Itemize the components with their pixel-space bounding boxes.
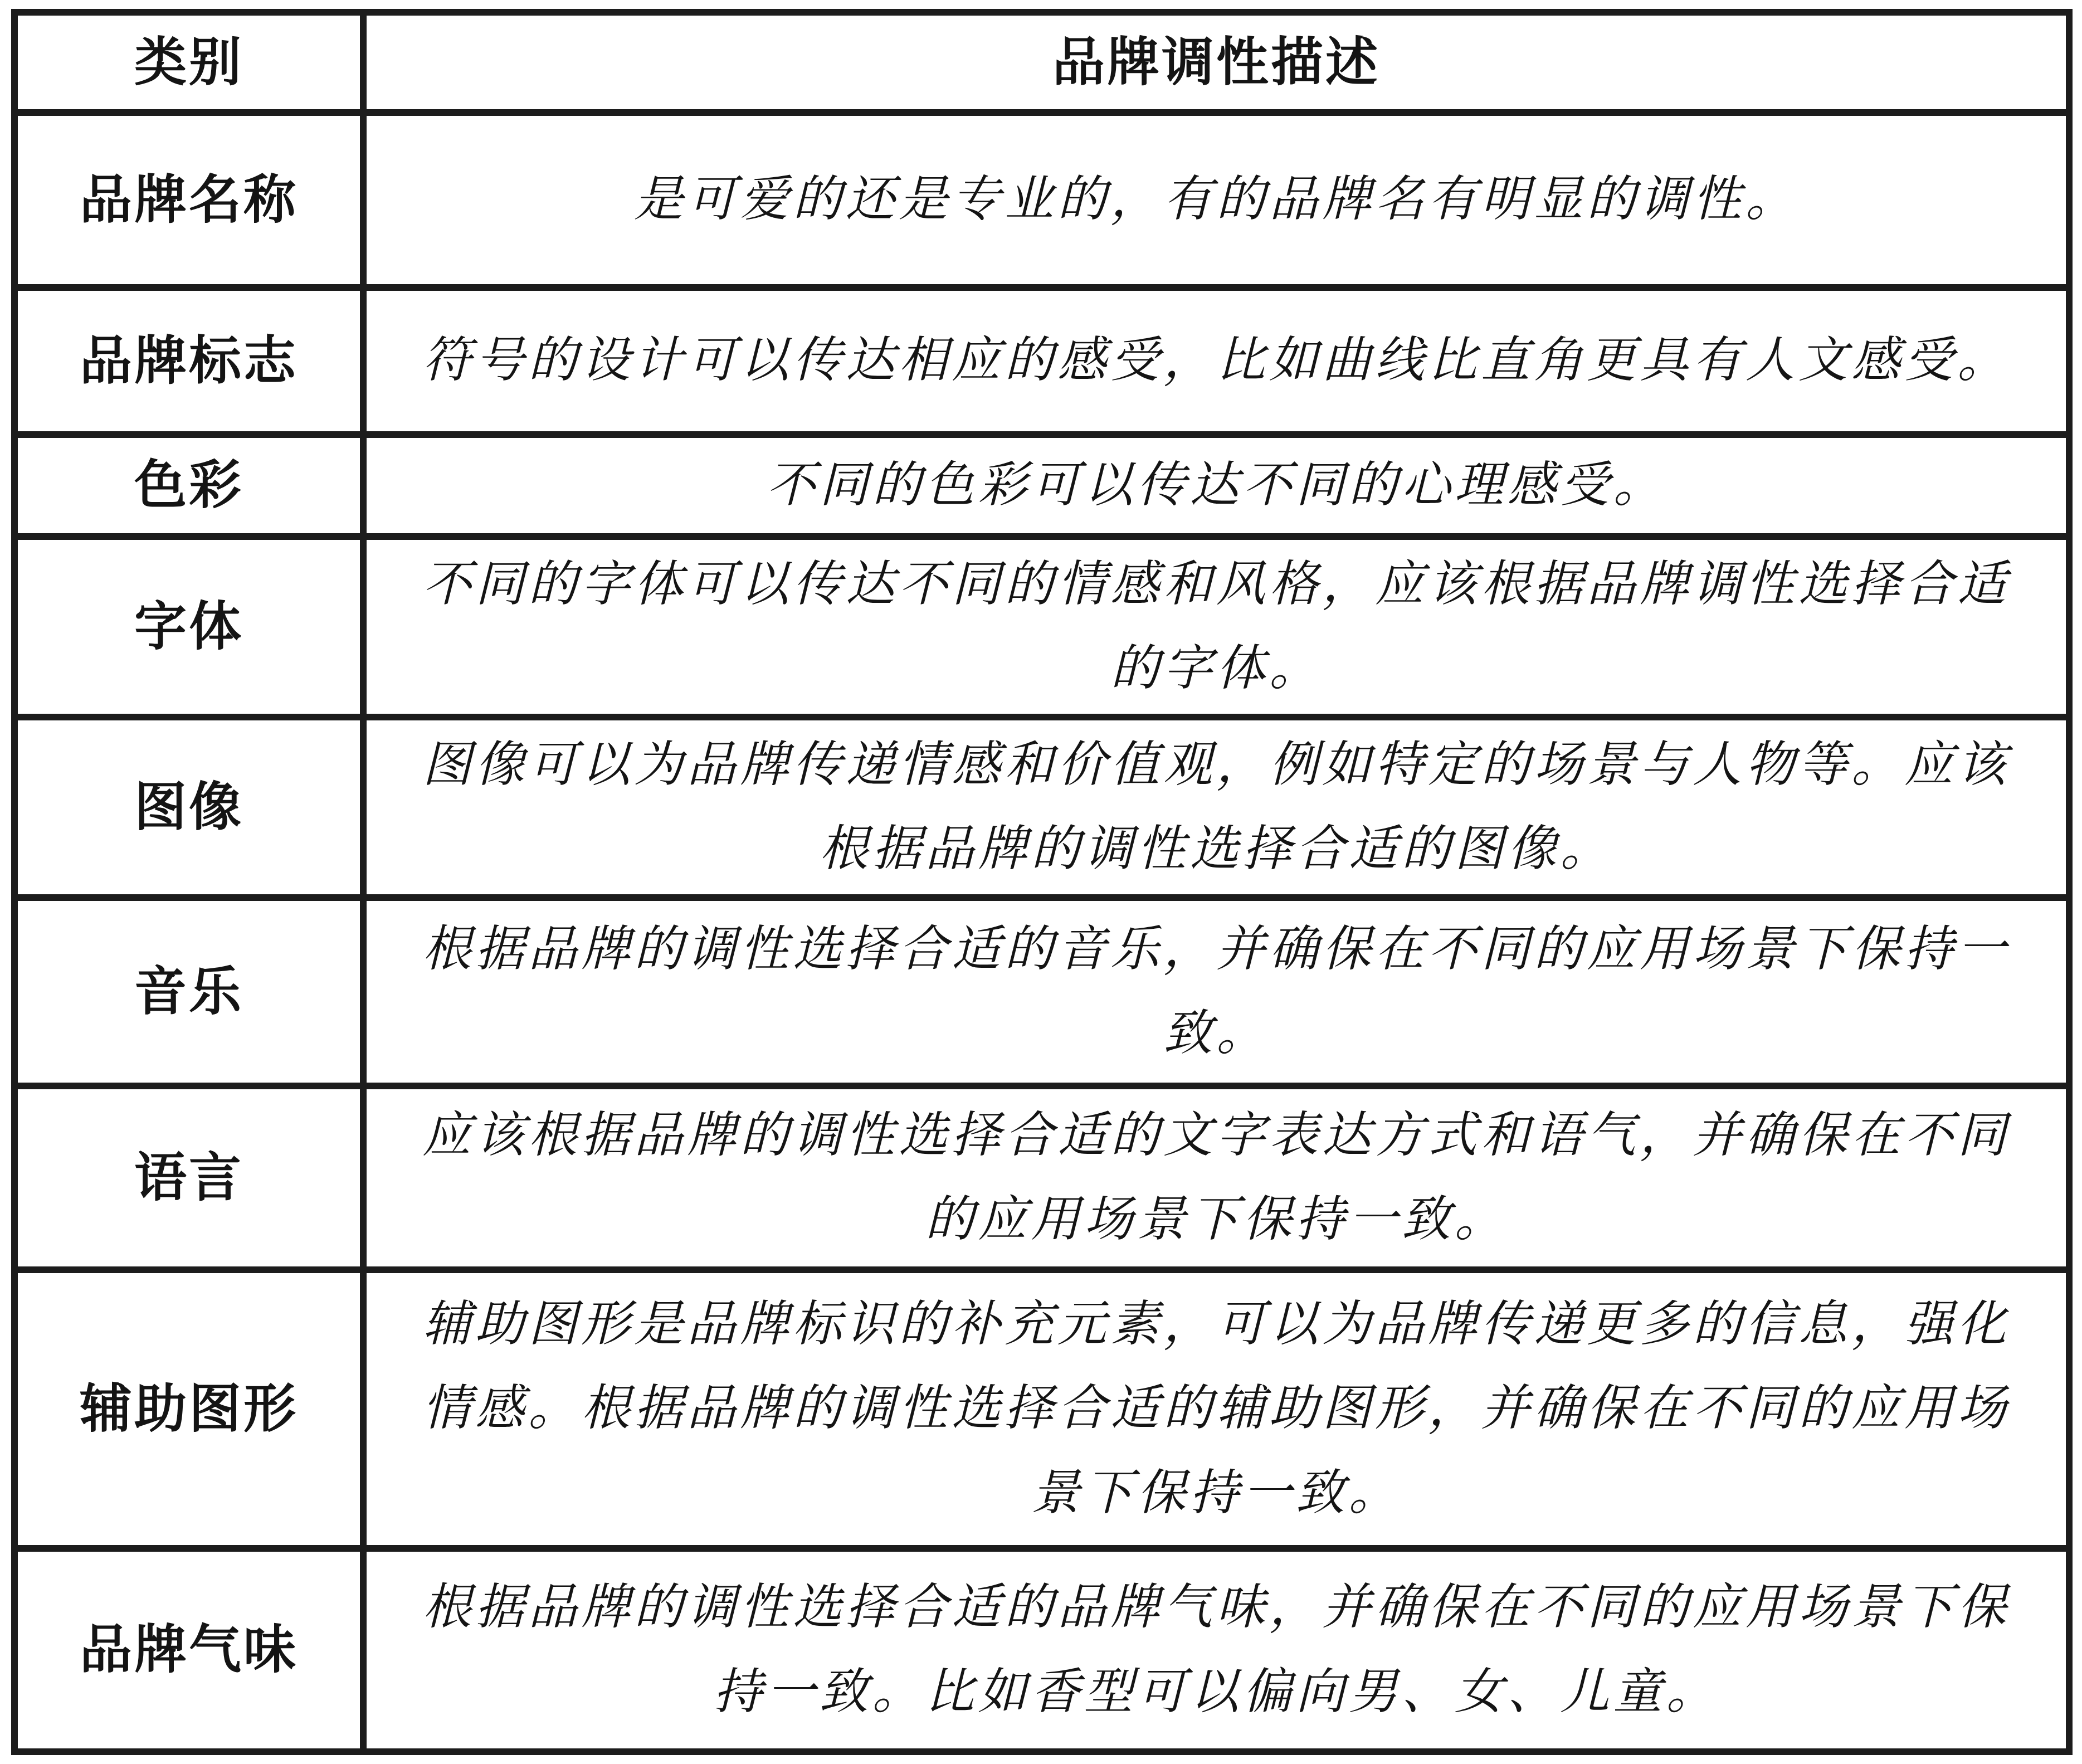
description-cell: 辅助图形是品牌标识的补充元素，可以为品牌传递更多的信息，强化情感。根据品牌的调性… [363, 1270, 2069, 1549]
table-row: 图像 图像可以为品牌传递情感和价值观，例如特定的场景与人物等。应该根据品牌的调性… [14, 717, 2069, 898]
category-cell: 字体 [14, 537, 363, 717]
description-cell: 根据品牌的调性选择合适的音乐，并确保在不同的应用场景下保持一致。 [363, 898, 2069, 1086]
category-column-header: 类别 [14, 12, 363, 113]
table-row: 音乐 根据品牌的调性选择合适的音乐，并确保在不同的应用场景下保持一致。 [14, 898, 2069, 1086]
table-row: 品牌标志 符号的设计可以传达相应的感受，比如曲线比直角更具有人文感受。 [14, 287, 2069, 435]
category-cell: 品牌标志 [14, 287, 363, 435]
brand-tonality-table: 类别 品牌调性描述 品牌名称 是可爱的还是专业的，有的品牌名有明显的调性。 品牌… [11, 9, 2073, 1755]
category-cell: 辅助图形 [14, 1270, 363, 1549]
category-cell: 品牌气味 [14, 1548, 363, 1752]
description-cell: 应该根据品牌的调性选择合适的文字表达方式和语气，并确保在不同的应用场景下保持一致… [363, 1086, 2069, 1270]
description-column-header: 品牌调性描述 [363, 12, 2069, 113]
category-cell: 色彩 [14, 435, 363, 537]
table-row: 色彩 不同的色彩可以传达不同的心理感受。 [14, 435, 2069, 537]
category-cell: 语言 [14, 1086, 363, 1270]
table-row: 品牌气味 根据品牌的调性选择合适的品牌气味，并确保在不同的应用场景下保持一致。比… [14, 1548, 2069, 1752]
category-cell: 品牌名称 [14, 113, 363, 287]
table-row: 辅助图形 辅助图形是品牌标识的补充元素，可以为品牌传递更多的信息，强化情感。根据… [14, 1270, 2069, 1549]
description-cell: 符号的设计可以传达相应的感受，比如曲线比直角更具有人文感受。 [363, 287, 2069, 435]
table-row: 语言 应该根据品牌的调性选择合适的文字表达方式和语气，并确保在不同的应用场景下保… [14, 1086, 2069, 1270]
category-cell: 图像 [14, 717, 363, 898]
table-header-row: 类别 品牌调性描述 [14, 12, 2069, 113]
table-row: 字体 不同的字体可以传达不同的情感和风格，应该根据品牌调性选择合适的字体。 [14, 537, 2069, 717]
description-cell: 是可爱的还是专业的，有的品牌名有明显的调性。 [363, 113, 2069, 287]
description-cell: 图像可以为品牌传递情感和价值观，例如特定的场景与人物等。应该根据品牌的调性选择合… [363, 717, 2069, 898]
description-cell: 不同的字体可以传达不同的情感和风格，应该根据品牌调性选择合适的字体。 [363, 537, 2069, 717]
description-cell: 不同的色彩可以传达不同的心理感受。 [363, 435, 2069, 537]
category-cell: 音乐 [14, 898, 363, 1086]
document-page: 类别 品牌调性描述 品牌名称 是可爱的还是专业的，有的品牌名有明显的调性。 品牌… [0, 0, 2082, 1764]
description-cell: 根据品牌的调性选择合适的品牌气味，并确保在不同的应用场景下保持一致。比如香型可以… [363, 1548, 2069, 1752]
table-row: 品牌名称 是可爱的还是专业的，有的品牌名有明显的调性。 [14, 113, 2069, 287]
